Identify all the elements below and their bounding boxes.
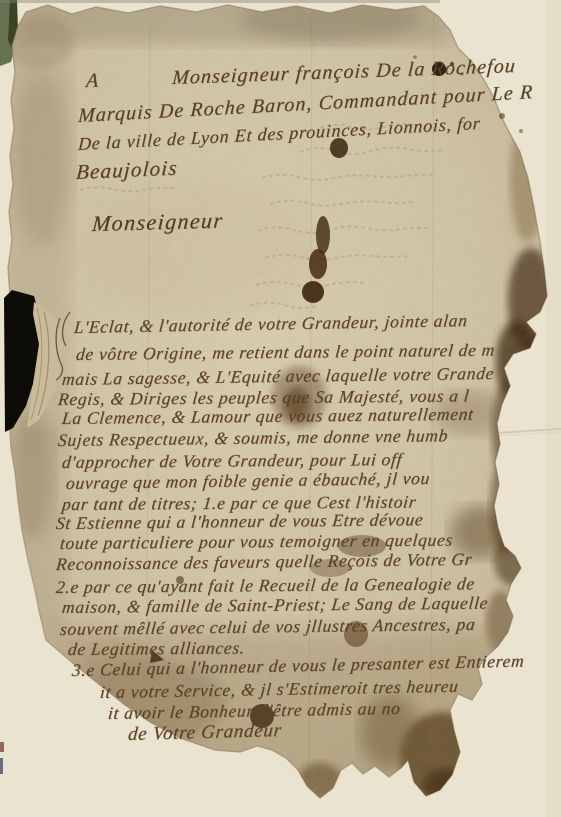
body-line: it a votre Service, & jl s'Estimeroit tr…	[99, 676, 459, 703]
body-line: Reconnoissance des faveurs quelle Reçois…	[55, 549, 473, 575]
manuscript-scan: A Monseigneur françois De la Rochefou Ma…	[0, 0, 561, 817]
body-line: de vôtre Origine, me retient dans le poi…	[75, 340, 496, 365]
handwriting-layer: A Monseigneur françois De la Rochefou Ma…	[0, 0, 561, 817]
body-line: Sujets Respectueux, & soumis, me donne v…	[57, 425, 449, 451]
body-line: ouvrage que mon foible genie a ébauché, …	[65, 468, 431, 494]
body-line: souvent mêllé avec celui de vos jllustre…	[59, 614, 476, 640]
body-line: de Votre Grandeur	[127, 720, 282, 746]
body-line: L'Eclat, & l'autorité de votre Grandeur,…	[73, 310, 468, 338]
salutation: Monseigneur	[91, 208, 225, 238]
address-line: Beaujolois	[75, 156, 178, 186]
